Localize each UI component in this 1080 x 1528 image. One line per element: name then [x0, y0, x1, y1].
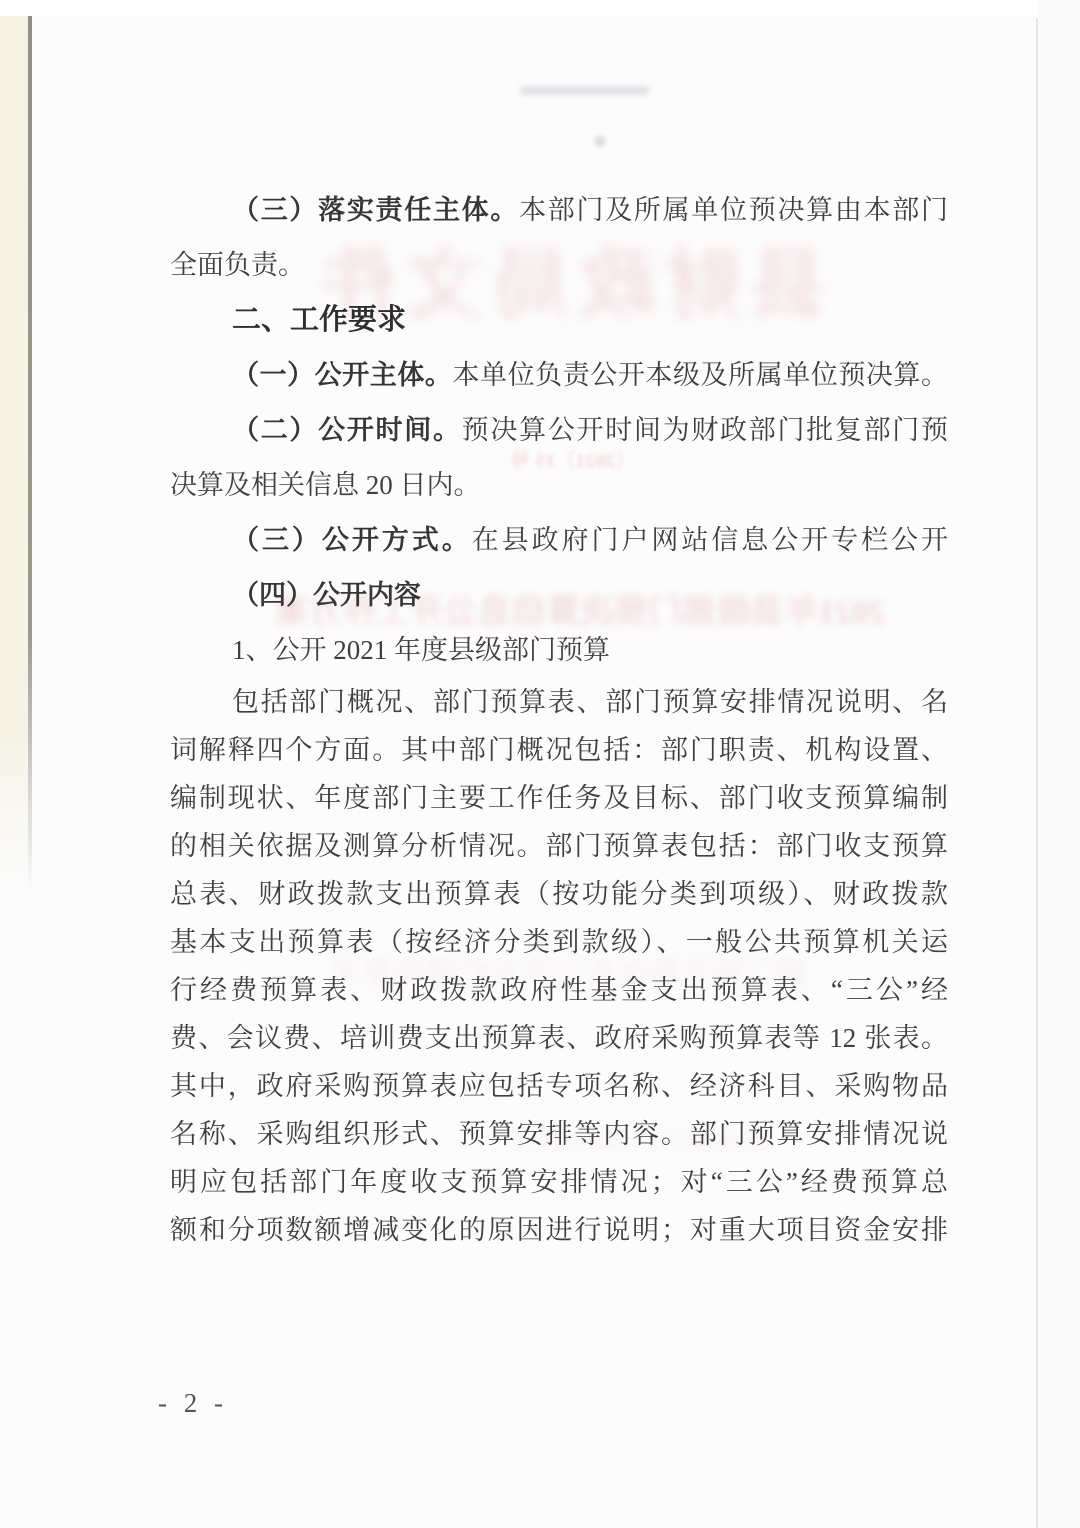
doc-line: 行经费预算表、财政拨款政府性基金支出预算表、“三公”经 — [170, 966, 948, 1014]
doc-line: （四）公开内容 — [170, 568, 948, 623]
doc-line: 决算及相关信息 20 日内。 — [170, 458, 948, 513]
line-text: 包括部门概况、部门预算表、部门预算安排情况说明、名 — [232, 687, 948, 717]
line-text: 本部门及所属单位预决算由本部门 — [519, 195, 948, 225]
doc-line: 费、会议费、培训费支出预算表、政府采购预算表等 12 张表。 — [170, 1014, 948, 1062]
line-text: 词解释四个方面。其中部门概况包括：部门职责、机构设置、 — [170, 735, 948, 765]
doc-line: 的相关依据及测算分析情况。部门预算表包括：部门收支预算 — [170, 822, 948, 870]
line-text: 的相关依据及测算分析情况。部门预算表包括：部门收支预算 — [170, 831, 948, 861]
line-text: 费、会议费、培训费支出预算表、政府采购预算表等 12 张表。 — [170, 1023, 948, 1053]
line-text: 1、公开 2021 年度县级部门预算 — [232, 635, 610, 665]
item-label: （四）公开内容 — [232, 580, 421, 610]
doc-line section-heading: 二、工作要求 — [170, 293, 948, 348]
item-label: （二）公开时间。 — [232, 415, 462, 445]
scan-smudge — [520, 86, 650, 95]
line-text: 本单位负责公开本级及所属单位预决算。 — [452, 360, 948, 390]
section-heading-label: 二、工作要求 — [232, 304, 406, 336]
line-text: 预决算公开时间为财政部门批复部门预 — [462, 415, 948, 445]
line-text: 决算及相关信息 20 日内。 — [170, 470, 481, 500]
doc-line: 额和分项数额增减变化的原因进行说明；对重大项目资金安排 — [170, 1206, 948, 1254]
line-text: 总表、财政拨款支出预算表（按功能分类到项级）、财政拨款 — [170, 879, 948, 909]
doc-line: （三）落实责任主体。本部门及所属单位预决算由本部门 — [170, 183, 948, 238]
line-text: 全面负责。 — [170, 250, 305, 280]
scan-right-margin — [1038, 0, 1080, 1528]
doc-line: 包括部门概况、部门预算表、部门预算安排情况说明、名 — [170, 678, 948, 726]
item-label: （一）公开主体。 — [232, 360, 452, 390]
doc-line: （三）公开方式。在县政府门户网站信息公开专栏公开 — [170, 513, 948, 568]
line-text: 行经费预算表、财政拨款政府性基金支出预算表、“三公”经 — [170, 975, 948, 1005]
document-body: （三）落实责任主体。本部门及所属单位预决算由本部门 全面负责。 二、工作要求 （… — [170, 183, 948, 1254]
line-text: 额和分项数额增减变化的原因进行说明；对重大项目资金安排 — [170, 1215, 948, 1245]
doc-line: （二）公开时间。预决算公开时间为财政部门批复部门预 — [170, 403, 948, 458]
doc-line: 明应包括部门年度收支预算安排情况；对“三公”经费预算总 — [170, 1158, 948, 1206]
doc-line: 名称、采购组织形式、预算安排等内容。部门预算安排情况说 — [170, 1110, 948, 1158]
line-text: 名称、采购组织形式、预算安排等内容。部门预算安排情况说 — [170, 1119, 948, 1149]
item-label: （三）落实责任主体。 — [232, 195, 519, 225]
line-text: 基本支出预算表（按经济分类到款级）、一般公共预算机关运 — [170, 927, 948, 957]
item-label: （三）公开方式。 — [232, 525, 472, 555]
doc-line: 其中，政府采购预算表应包括专项名称、经济科目、采购物品 — [170, 1062, 948, 1110]
doc-line: 总表、财政拨款支出预算表（按功能分类到项级）、财政拨款 — [170, 870, 948, 918]
scan-top-edge — [0, 0, 1080, 16]
doc-line: 词解释四个方面。其中部门概况包括：部门职责、机构设置、 — [170, 726, 948, 774]
doc-line: 1、公开 2021 年度县级部门预算 — [170, 623, 948, 678]
scan-speck — [594, 136, 606, 147]
doc-line: 全面负责。 — [170, 238, 948, 293]
doc-line: （一）公开主体。本单位负责公开本级及所属单位预决算。 — [170, 348, 948, 403]
line-text: 其中，政府采购预算表应包括专项名称、经济科目、采购物品 — [170, 1071, 948, 1101]
scan-left-edge-strip — [0, 16, 28, 896]
page-number: - 2 - — [158, 1388, 228, 1419]
line-text: 编制现状、年度部门主要工作任务及目标、部门收支预算编制 — [170, 783, 948, 813]
line-text: 明应包括部门年度收支预算安排情况；对“三公”经费预算总 — [170, 1167, 948, 1197]
scan-left-edge-line — [28, 16, 32, 894]
doc-line: 编制现状、年度部门主要工作任务及目标、部门收支预算编制 — [170, 774, 948, 822]
line-text: 在县政府门户网站信息公开专栏公开 — [472, 525, 948, 555]
document-page: 县财政局文件 〔2021〕15 号 2021年县级部门预决算信息公开工作方案 部… — [0, 0, 1080, 1528]
doc-line: 基本支出预算表（按经济分类到款级）、一般公共预算机关运 — [170, 918, 948, 966]
